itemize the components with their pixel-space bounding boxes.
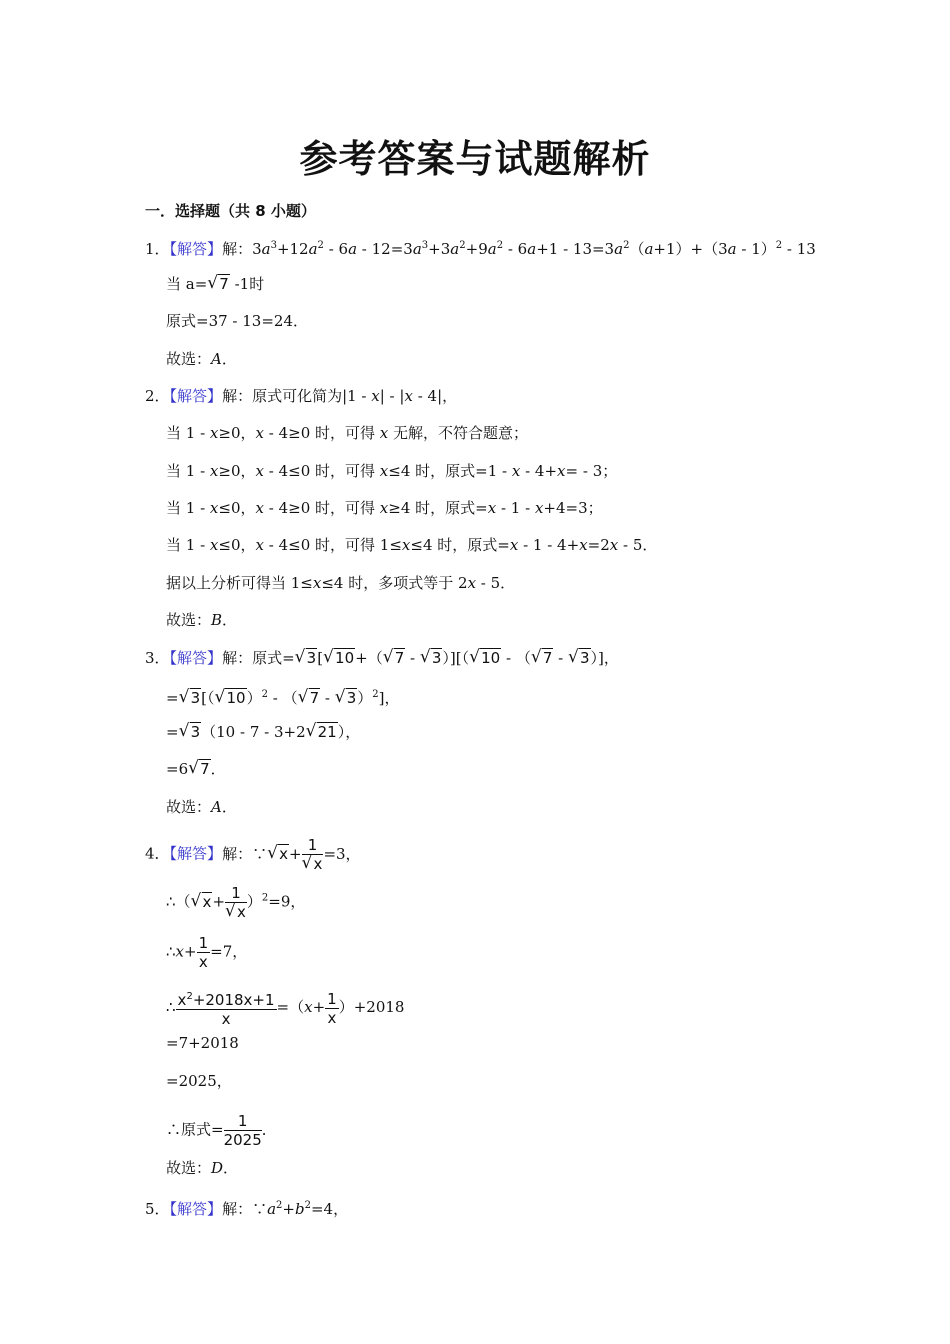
sqrt-symbol: 7	[207, 274, 230, 294]
problem-5-line-1: 5．【解答】解：∵a2+b2=4，	[145, 1196, 348, 1219]
problem-4-line-1: 4．【解答】解：∵x+1x=3，	[145, 836, 361, 873]
problem-number: 1．	[145, 240, 170, 258]
problem-2-line-2: 当 1 - x≥0，x - 4≥0 时，可得 x 无解，不符合题意；	[166, 423, 528, 443]
problem-4-answer: 故选：D．	[166, 1158, 238, 1178]
problem-2-line-6: 据以上分析可得当 1≤x≤4 时，多项式等于 2x - 5．	[166, 573, 515, 593]
problem-4-line-2: ∴（x+1x）2=9，	[166, 884, 305, 921]
problem-2-answer: 故选：B．	[166, 610, 237, 630]
problem-1-line-1: 1．【解答】解：3a3+12a2 - 6a - 12=3a3+3a2+9a2 -…	[145, 236, 816, 259]
problem-2-line-1: 2．【解答】解：原式可化简为|1 - x| - |x - 4|，	[145, 386, 457, 406]
problem-4-line-3: ∴x+1x=7，	[166, 934, 247, 971]
problem-number: 4．	[145, 845, 170, 863]
problem-4-line-4: ∴x2+2018x+1x=（x+1x）+2018	[166, 988, 404, 1028]
problem-4-line-7: ∴原式=12025．	[166, 1112, 277, 1149]
problem-3-line-4: =67．	[166, 759, 226, 779]
problem-2-line-4: 当 1 - x≤0，x - 4≥0 时，可得 x≥4 时，原式=x - 1 - …	[166, 498, 603, 518]
problem-2-line-3: 当 1 - x≥0，x - 4≤0 时，可得 x≤4 时，原式=1 - x - …	[166, 461, 617, 481]
problem-3-answer: 故选：A．	[166, 797, 237, 817]
page-title: 参考答案与试题解析	[0, 128, 950, 183]
problem-number: 5．	[145, 1200, 170, 1218]
problem-3-line-3: =3（10 - 7 - 3+221），	[166, 722, 360, 742]
problem-1-answer: 故选：A．	[166, 349, 237, 369]
problem-3-line-2: =3[（10）2 - （7 - 3）2]，	[166, 685, 400, 708]
answer-tag: 【解答】	[170, 387, 223, 405]
problem-4-line-6: =2025，	[166, 1071, 232, 1091]
problem-3-line-1: 3．【解答】解：原式=3[10+（7 - 3）][（10 - （7 - 3）]，	[145, 648, 619, 668]
answer-tag: 【解答】	[170, 649, 223, 667]
problem-number: 2．	[145, 387, 170, 405]
section-heading: 一．选择题（共 8 小题）	[145, 200, 316, 221]
problem-1-line-2: 当 a=7 -1时	[166, 274, 264, 294]
problem-1-line-3: 原式=37 - 13=24．	[166, 311, 308, 331]
problem-number: 3．	[145, 649, 170, 667]
answer-tag: 【解答】	[170, 1200, 223, 1218]
answer-tag: 【解答】	[170, 240, 223, 258]
problem-2-line-5: 当 1 - x≤0，x - 4≤0 时，可得 1≤x≤4 时，原式=x - 1 …	[166, 535, 657, 555]
answer-tag: 【解答】	[170, 845, 223, 863]
problem-4-line-5: =7+2018	[166, 1033, 239, 1053]
solution-text: 解：3a3+12a2 - 6a - 12=3a3+3a2+9a2 - 6a+1 …	[222, 240, 816, 258]
